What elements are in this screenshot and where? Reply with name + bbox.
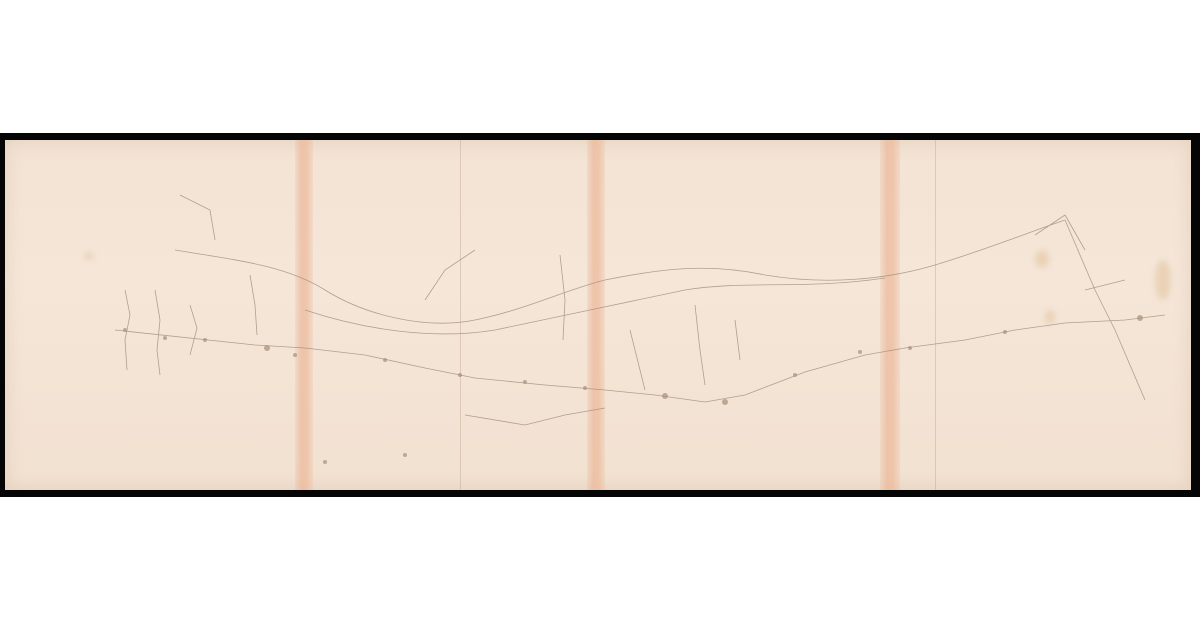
route-drawing — [5, 140, 1191, 490]
main-road — [115, 315, 1165, 402]
river — [175, 220, 1065, 323]
river-bank — [305, 278, 885, 334]
map-sheet — [5, 140, 1191, 490]
